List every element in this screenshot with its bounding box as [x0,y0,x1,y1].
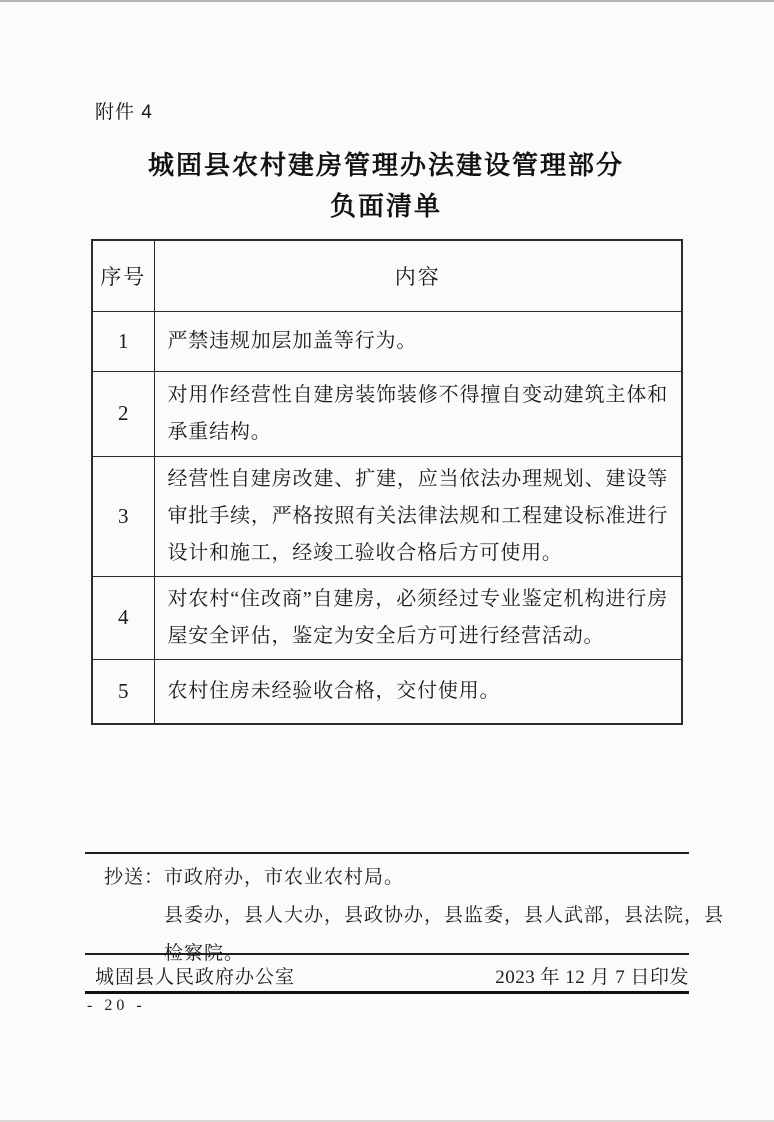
cc-separator-line-bottom [85,953,689,955]
row-content: 严禁违规加层加盖等行为。 [154,311,682,371]
table-row: 4 对农村“住改商”自建房，必须经过专业鉴定机构进行房屋安全评估，鉴定为安全后方… [92,576,682,659]
negative-list-table: 序号 内容 1 严禁违规加层加盖等行为。 2 对用作经营性自建房装饰装修不得擅自… [91,239,683,725]
title-line-2: 负面清单 [91,186,681,227]
title-line-1: 城固县农村建房管理办法建设管理部分 [91,145,681,186]
document-title: 城固县农村建房管理办法建设管理部分 负面清单 [91,145,681,227]
cc-line: 市政府办，市农业农村局。 [164,859,724,897]
row-content: 对用作经营性自建房装饰装修不得擅自变动建筑主体和承重结构。 [154,371,682,456]
publisher-row: 城固县人民政府办公室 2023 年 12 月 7 日印发 [85,959,689,991]
cc-separator-line-top [85,852,689,854]
row-number: 2 [92,371,154,456]
table-row: 3 经营性自建房改建、扩建，应当依法办理规划、建设等审批手续，严格按照有关法律法… [92,456,682,576]
column-header-content: 内容 [154,240,682,311]
row-number: 4 [92,576,154,659]
cc-recipient-list: 市政府办，市农业农村局。 县委办，县人大办，县政协办，县监委，县人武部，县法院，… [164,859,724,973]
table-header-row: 序号 内容 [92,240,682,311]
row-content: 对农村“住改商”自建房，必须经过专业鉴定机构进行房屋安全评估，鉴定为安全后方可进… [154,576,682,659]
column-header-serial-number: 序号 [92,240,154,311]
table-row: 5 农村住房未经验收合格，交付使用。 [92,659,682,724]
attachment-label: 附件 4 [95,97,153,124]
footer-bottom-line [85,991,689,994]
scan-edge-top [0,0,774,2]
row-number: 3 [92,456,154,576]
cc-block: 抄送： 市政府办，市农业农村局。 县委办，县人大办，县政协办，县监委，县人武部，… [104,859,690,973]
table-row: 2 对用作经营性自建房装饰装修不得擅自变动建筑主体和承重结构。 [92,371,682,456]
page-number: - 20 - [87,997,146,1015]
cc-line: 县委办，县人大办，县政协办，县监委，县人武部，县法院，县 [164,897,724,935]
row-content: 经营性自建房改建、扩建，应当依法办理规划、建设等审批手续，严格按照有关法律法规和… [154,456,682,576]
row-number: 1 [92,311,154,371]
issuing-office: 城固县人民政府办公室 [95,962,295,989]
row-number: 5 [92,659,154,724]
cc-label: 抄送： [104,859,164,973]
table-row: 1 严禁违规加层加盖等行为。 [92,311,682,371]
row-content: 农村住房未经验收合格，交付使用。 [154,659,682,724]
scanned-document-page: 附件 4 城固县农村建房管理办法建设管理部分 负面清单 序号 内容 1 严禁违规… [0,0,774,1122]
print-date: 2023 年 12 月 7 日印发 [495,962,689,989]
